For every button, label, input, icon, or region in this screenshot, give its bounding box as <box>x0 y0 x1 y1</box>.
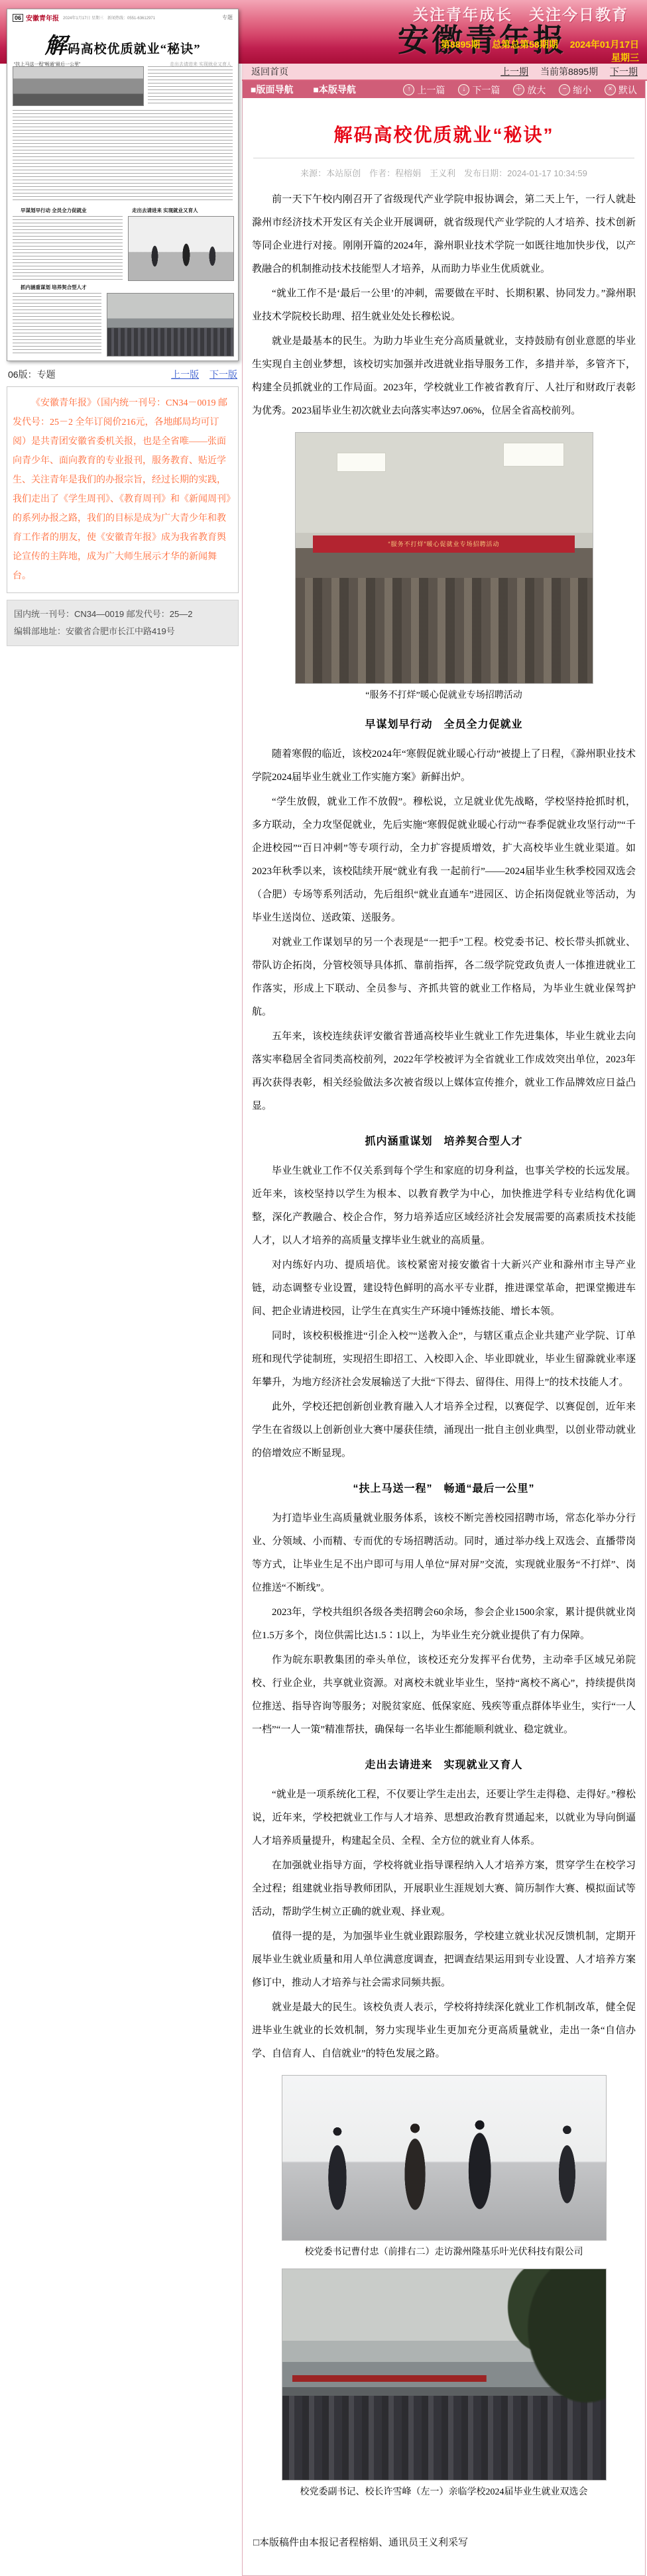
section-heading: 早谋划早行动 全员全力促就业 <box>252 716 636 731</box>
toolbar-controls: ↑上一篇 ↓下一篇 ＋放大 −缩小 ×默认 <box>392 82 637 97</box>
next-issue-link[interactable]: 下一期 <box>610 66 638 77</box>
thumbnail-page-number: 06 <box>13 14 23 22</box>
thumbnail-paper-name: 安徽青年报 <box>26 13 59 23</box>
thumbnail-text-lines <box>13 293 101 355</box>
article-paragraph: 2023年，学校共组织各级各类招聘会60余场，参会企业1500余家，累计提供就业… <box>252 1601 636 1648</box>
zoom-in-button[interactable]: ＋放大 <box>513 84 546 97</box>
page-row: 06版：专题 上一版 下一版 <box>7 366 239 386</box>
thumbnail-mini-heading-2: 抓内涵重谋划 培养契合型人才 <box>21 284 87 291</box>
photo-detail <box>503 443 564 467</box>
article-paragraph: 此外，学校还把创新创业教育融入人才培养全过程，以赛促学、以赛促创，近年来学生在省… <box>252 1396 636 1465</box>
reset-zoom-label: 默认 <box>618 84 637 97</box>
prev-page-link[interactable]: 上一版 <box>171 369 199 380</box>
section-heading: 走出去请进来 实现就业又育人 <box>252 1756 636 1771</box>
next-article-label: 下一篇 <box>472 84 500 97</box>
article-paragraph: “就业是一项系统化工程，不仅要让学生走出去，还要让学生走得稳、走得好。”穆松说，… <box>252 1783 636 1853</box>
article-paragraph: 作为皖东职教集团的牵头单位，该校还充分发挥平台优势，主动牵手区域兄弟院校、行业企… <box>252 1649 636 1742</box>
toolbar-tabs: ■版面导航 ■本版导航 <box>251 83 373 96</box>
thumbnail-photo-corridor <box>128 216 234 281</box>
thumbnail-headline: 解码高校优质就业“秘诀” <box>10 28 235 60</box>
prev-issue-link[interactable]: 上一期 <box>500 66 528 77</box>
article-photo <box>282 2075 607 2241</box>
zoom-out-label: 缩小 <box>573 84 591 97</box>
thumbnail-photo-street <box>107 293 234 357</box>
issue-nav-bar: 返回首页 上一期 当前第8895期 下一期 <box>242 64 647 81</box>
next-article-button[interactable]: ↓下一篇 <box>458 84 500 97</box>
article-photo <box>282 2268 607 2481</box>
main-column: ■版面导航 ■本版导航 ↑上一篇 ↓下一篇 ＋放大 −缩小 ×默认 解码高校优质… <box>242 81 646 2576</box>
article-paragraph: 就业是最大的民生。该校负责人表示，学校将持续深化就业工作机制改革，健全促进毕业生… <box>252 1996 636 2066</box>
newspaper-about-box: 《安徽青年报》（国内统一刊号：CN34－0019 邮发代号：25－2 全年订阅价… <box>7 386 239 593</box>
thumbnail-mini-heading-1: 早谋划早行动 全员全力促就业 <box>21 207 87 214</box>
article-byline: □本版稿件由本报记者程榕娟、通讯员王义利采写 <box>253 2535 636 2549</box>
article-title: 解码高校优质就业“秘诀” <box>252 121 636 147</box>
article-photo: “服务不打烊”暖心促就业专场招聘活动 <box>295 432 593 684</box>
zoom-in-label: 放大 <box>527 84 546 97</box>
down-circle-icon: ↓ <box>458 84 469 95</box>
thumbnail-text-lines <box>13 216 123 280</box>
issue-date: 2024年01月17日 <box>570 39 639 50</box>
issue-number: 第8895期 <box>441 39 480 50</box>
article-paragraph: 前一天下午校内刚召开了省级现代产业学院申报协调会，第二天上午，一行人就赴滁州市经… <box>252 188 636 281</box>
article-paragraph: 值得一提的是，为加强毕业生就业跟踪服务，学校建立就业状况反馈机制，定期开展毕业生… <box>252 1925 636 1995</box>
up-circle-icon: ↑ <box>403 84 414 95</box>
close-circle-icon: × <box>605 84 616 95</box>
page: { "header": { "logo": "安徽青年报", "tagline"… <box>0 0 647 2576</box>
issue-links: 上一期 当前第8895期 下一期 <box>500 65 638 78</box>
photo-banner: “服务不打烊”暖心促就业专场招聘活动 <box>313 535 574 553</box>
issue-line: 第8895期总第总第58期期2024年01月17日 <box>429 38 639 51</box>
article-paragraph: 同时，该校积极推进“引企入校”“送教入企”，与辖区重点企业共建产业学院、订单班和… <box>252 1325 636 1394</box>
issn-line: 国内统一刊号：CN34—0019 邮发代号：25—2 <box>14 606 231 623</box>
article-meta: 来源：本站原创 作者：程榕娟 王义利 发布日期：2024-01-17 10:34… <box>253 158 634 179</box>
photo-caption: 校党委书记曹付忠（前排右二）走访滁州隆基乐叶光伏科技有限公司 <box>252 2245 636 2258</box>
section-heading: “扶上马送一程” 畅通“最后一公里” <box>252 1480 636 1495</box>
thumbnail-text-lines <box>13 110 233 203</box>
page-thumbnail[interactable]: 06 安徽青年报 2024年1月17日 星期三 新闻热线：0551-636129… <box>7 9 239 361</box>
article-paragraph: 为打造毕业生高质量就业服务体系，该校不断完善校园招聘市场，常态化举办分行业、分领… <box>252 1507 636 1600</box>
article-paragraph: 在加强就业指导方面，学校将就业指导课程纳入人才培养方案，贯穿学生在校学习全过程；… <box>252 1854 636 1924</box>
photo-detail <box>337 453 386 471</box>
tab-page-navigation[interactable]: ■版面导航 <box>251 84 293 95</box>
article-body: 前一天下午校内刚召开了省级现代产业学院申报协调会，第二天上午，一行人就赴滁州市经… <box>252 188 636 2498</box>
next-page-link[interactable]: 下一版 <box>209 369 237 380</box>
article-paragraph: 就业是最基本的民生。为助力毕业生充分高质量就业，支持鼓励有创业意愿的毕业生实现自… <box>252 330 636 423</box>
address-line: 编辑部地址：安徽省合肥市长江中路419号 <box>14 623 231 640</box>
thumbnail-section-label: 专题 <box>222 14 233 21</box>
section-heading: 抓内涵重谋划 培养契合型人才 <box>252 1133 636 1148</box>
prev-article-button[interactable]: ↑上一篇 <box>403 84 445 97</box>
article-paragraph: 五年来，该校连续获评安徽省普通高校毕业生就业工作先进集体，毕业生就业去向落实率稳… <box>252 1025 636 1118</box>
prev-article-label: 上一篇 <box>417 84 445 97</box>
sidebar: 06版：专题 上一版 下一版 《安徽青年报》（国内统一刊号：CN34－0019 … <box>7 366 239 646</box>
thumbnail-mini-heading-3: 走出去请进来 实现就业又育人 <box>132 207 198 214</box>
publication-info-box: 国内统一刊号：CN34—0019 邮发代号：25—2 编辑部地址：安徽省合肥市长… <box>7 600 239 646</box>
current-page-label: 06版：专题 <box>8 368 56 381</box>
article: 解码高校优质就业“秘诀” 来源：本站原创 作者：程榕娟 王义利 发布日期：202… <box>243 98 645 2575</box>
article-paragraph: 对就业工作谋划早的另一个表现是“一把手”工程。校党委书记、校长带头抓就业、带队访… <box>252 931 636 1024</box>
thumbnail-text-lines <box>148 66 233 105</box>
tab-section-navigation[interactable]: ■本版导航 <box>313 84 355 95</box>
article-paragraph: 随着寒假的临近，该校2024年“寒假促就业暖心行动”被提上了日程，《滁州职业技术… <box>252 743 636 789</box>
current-issue-label: 当前第8895期 <box>540 66 598 77</box>
photo-caption: “服务不打烊”暖心促就业专场招聘活动 <box>252 688 636 701</box>
article-toolbar: ■版面导航 ■本版导航 ↑上一篇 ↓下一篇 ＋放大 −缩小 ×默认 <box>243 81 645 98</box>
issue-weekday: 星期三 <box>611 51 639 64</box>
home-link[interactable]: 返回首页 <box>251 65 288 78</box>
page-links: 上一版 下一版 <box>163 368 237 381</box>
plus-circle-icon: ＋ <box>513 84 524 95</box>
article-paragraph: “就业工作不是‘最后一公里’的冲刺，需要做在平时、长期积累、协同发力。”滁州职业… <box>252 282 636 329</box>
article-paragraph: 毕业生就业工作不仅关系到每个学生和家庭的切身利益，也事关学校的长远发展。近年来，… <box>252 1160 636 1253</box>
zoom-out-button[interactable]: −缩小 <box>559 84 591 97</box>
article-paragraph: “学生放假，就业工作不放假”。穆松说，立足就业优先战略，学校坚持抢抓时机，多方联… <box>252 791 636 930</box>
minus-circle-icon: − <box>559 84 570 95</box>
total-issue-number: 总第总第58期期 <box>492 39 558 50</box>
photo-caption: 校党委副书记、校长许雪峰（左一）亲临学校2024届毕业生就业双选会 <box>252 2485 636 2498</box>
reset-zoom-button[interactable]: ×默认 <box>605 84 637 97</box>
thumbnail-dateline: 2024年1月17日 星期三 新闻热线：0551-63612971 <box>63 15 222 21</box>
thumbnail-photo-group <box>13 66 144 106</box>
article-paragraph: 对内练好内功、提质培优。该校紧密对接安徽省十大新兴产业和滁州市主导产业链，动态调… <box>252 1254 636 1323</box>
thumbnail-masthead: 06 安徽青年报 2024年1月17日 星期三 新闻热线：0551-636129… <box>7 9 238 24</box>
